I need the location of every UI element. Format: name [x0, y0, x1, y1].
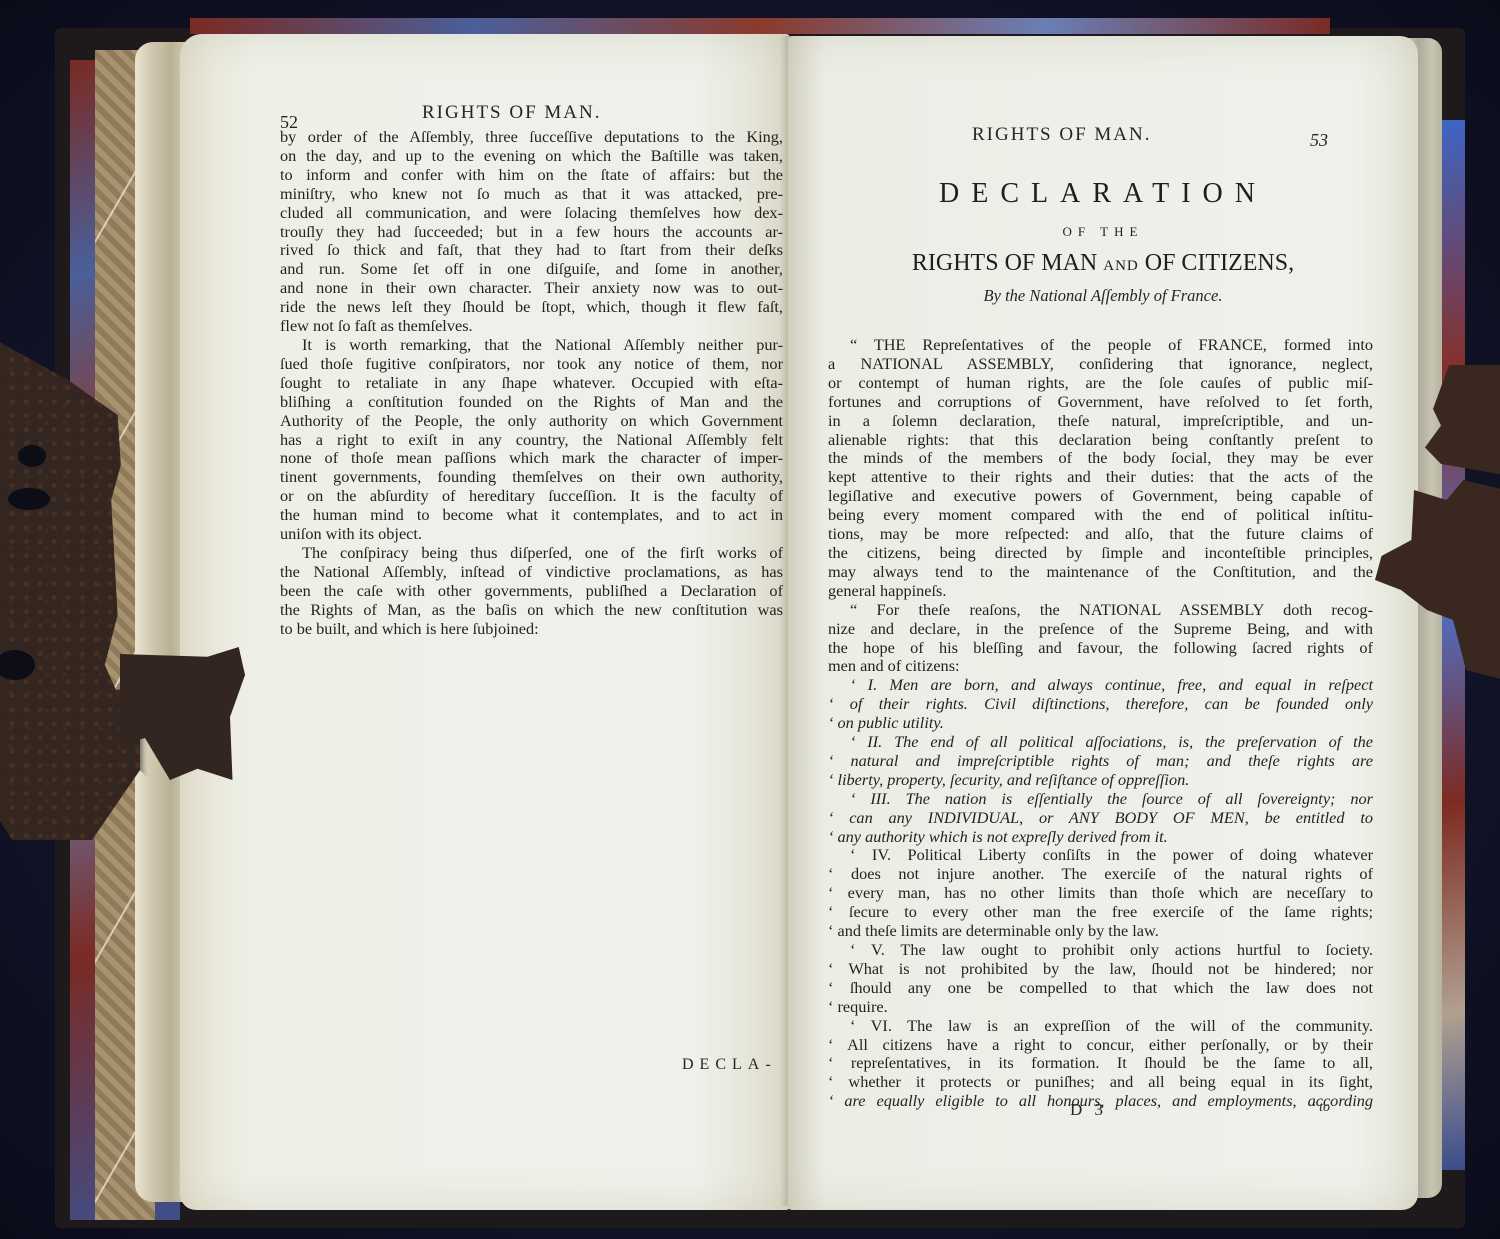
text-line: ‘ III. The nation is eſſentially the ſou…: [828, 790, 1373, 809]
text-line: in a ſolemn declaration, theſe natural, …: [828, 412, 1373, 431]
text-line: ‘ every man, has no other limits than th…: [828, 884, 1373, 903]
catchword-right: ‘ to: [1311, 1100, 1330, 1116]
text-line: trouſly they had ſucceeded; but in a few…: [280, 223, 783, 242]
text-line: fortunes and corruptions of Government, …: [828, 393, 1373, 412]
text-line: been the caſe with other governments, pu…: [280, 582, 783, 601]
article-1: ‘ I. Men are born, and always continue, …: [828, 676, 1373, 733]
text-line: rived ſo thick and faſt, that they had t…: [280, 241, 783, 260]
title-rights-of-man: RIGHTS OF MAN AND OF CITIZENS,: [788, 250, 1418, 277]
text-line: and none in their own character. Their a…: [280, 279, 783, 298]
text-line: ‘ All citizens have a right to concur, e…: [828, 1036, 1373, 1055]
text-line: ‘ natural and impreſcriptible rights of …: [828, 752, 1373, 771]
text-line: ‘ repreſentatives, in its formation. It …: [828, 1054, 1373, 1073]
text-line: ‘ IV. Political Liberty conſiſts in the …: [828, 846, 1373, 865]
text-line: tinent governments, founding themſelves …: [280, 468, 783, 487]
text-line: ‘ II. The end of all political aſſociati…: [828, 733, 1373, 752]
article-2: ‘ II. The end of all political aſſociati…: [828, 733, 1373, 790]
text-line: ‘ ſecure to every other man the free exe…: [828, 903, 1373, 922]
text-line: or on the abſurdity of hereditary ſucceſ…: [280, 487, 783, 506]
text-line: being every moment compared with the end…: [828, 506, 1373, 525]
text-line: a NATIONAL ASSEMBLY, conſidering that ig…: [828, 355, 1373, 374]
holder-hole: [0, 650, 35, 680]
text-line: ‘ on public utility.: [828, 714, 1373, 733]
text-line: the citizens, being directed by ſimple a…: [828, 544, 1373, 563]
text-line: flew not ſo faſt as themſelves.: [280, 317, 783, 336]
text-line: the Rights of Man, as the baſis on which…: [280, 601, 783, 620]
running-head-right: RIGHTS OF MAN.: [972, 124, 1152, 146]
title-part: AND: [1103, 258, 1139, 274]
text-line: ‘ I. Men are born, and always continue, …: [828, 676, 1373, 695]
title-byline: By the National Aſſembly of France.: [788, 286, 1418, 306]
text-line: ‘ any authority which is not expreſly de…: [828, 828, 1373, 847]
text-line: “ For theſe reaſons, the NATIONAL ASSEMB…: [828, 601, 1373, 620]
text-line: ‘ liberty, property, ſecurity, and reſiſ…: [828, 771, 1373, 790]
text-line: ſought to retaliate in any ſhape whateve…: [280, 374, 783, 393]
text-line: ‘ and theſe limits are determinable only…: [828, 922, 1373, 941]
text-line: nize and declare, in the preſence of the…: [828, 620, 1373, 639]
text-line: bliſhing a conſtitution founded on the R…: [280, 393, 783, 412]
title-part: OF CITIZENS,: [1145, 250, 1294, 276]
text-line: on the day, and up to the evening on whi…: [280, 147, 783, 166]
text-line: kept attentive to their rights and their…: [828, 468, 1373, 487]
paragraph: It is worth remarking, that the National…: [280, 336, 783, 544]
text-line: may always tend to the maintenance of th…: [828, 563, 1373, 582]
text-line: ſued thoſe fugitive conſpirators, nor to…: [280, 355, 783, 374]
marbled-edge-top: [190, 18, 1330, 34]
title-declaration: DECLARATION: [788, 178, 1418, 210]
text-line: to be built, and which is here ſubjoined…: [280, 620, 783, 639]
text-line: general happineſs.: [828, 582, 1373, 601]
text-line: the hope of his bleſſing and favour, the…: [828, 639, 1373, 658]
text-line: none of thoſe mean paſſions which mark t…: [280, 449, 783, 468]
page-number-right: 53: [1310, 130, 1328, 151]
text-line: uniſon with its object.: [280, 525, 783, 544]
left-page-body: by order of the Aſſembly, three ſucceſſi…: [280, 128, 783, 638]
paragraph: The conſpiracy being thus diſperſed, one…: [280, 544, 783, 639]
preamble-paragraph: “ THE Repreſentatives of the people of F…: [828, 336, 1373, 601]
title-of-the: OF THE: [788, 224, 1418, 240]
text-line: alienable rights: that this declaration …: [828, 431, 1373, 450]
holder-hole: [8, 488, 50, 510]
title-part: RIGHTS OF MAN: [912, 250, 1097, 276]
text-line: ‘ of their rights. Civil diſtinctions, t…: [828, 695, 1373, 714]
running-head-left: RIGHTS OF MAN.: [422, 102, 602, 124]
text-line: ‘ V. The law ought to prohibit only acti…: [828, 941, 1373, 960]
text-line: by order of the Aſſembly, three ſucceſſi…: [280, 128, 783, 147]
article-6: ‘ VI. The law is an expreſſion of the wi…: [828, 1017, 1373, 1112]
text-line: tions, may be more reſpected: and alſo, …: [828, 525, 1373, 544]
text-line: The conſpiracy being thus diſperſed, one…: [280, 544, 783, 563]
text-line: to inform and confer with him on the ſta…: [280, 166, 783, 185]
text-line: the National Aſſembly, inſtead of vindic…: [280, 563, 783, 582]
text-line: ‘ whether it protects or puniſhes; and a…: [828, 1073, 1373, 1092]
text-line: ride the news leſt they ſhould be ſtopt,…: [280, 298, 783, 317]
text-line: has a right to exiſt in any country, the…: [280, 431, 783, 450]
article-3: ‘ III. The nation is eſſentially the ſou…: [828, 790, 1373, 847]
left-page: 52 RIGHTS OF MAN. by order of the Aſſemb…: [180, 34, 790, 1210]
text-line: ‘ can any INDIVIDUAL, or ANY BODY OF MEN…: [828, 809, 1373, 828]
right-page: RIGHTS OF MAN. 53 DECLARATION OF THE RIG…: [788, 36, 1418, 1210]
paragraph: by order of the Aſſembly, three ſucceſſi…: [280, 128, 783, 336]
right-page-body: “ THE Repreſentatives of the people of F…: [828, 336, 1373, 1111]
text-line: ‘ What is not prohibited by the law, ſho…: [828, 960, 1373, 979]
text-line: ‘ does not injure another. The exerciſe …: [828, 865, 1373, 884]
text-line: men and of citizens:: [828, 657, 1373, 676]
text-line: cluded all communication, and were ſolac…: [280, 204, 783, 223]
text-line: “ THE Repreſentatives of the people of F…: [828, 336, 1373, 355]
text-line: legiſlative and executive powers of Gove…: [828, 487, 1373, 506]
text-line: Authority of the People, the only author…: [280, 412, 783, 431]
article-4: ‘ IV. Political Liberty conſiſts in the …: [828, 846, 1373, 941]
text-line: ‘ ſhould any one be compelled to that wh…: [828, 979, 1373, 998]
text-line: ‘ require.: [828, 998, 1373, 1017]
text-line: It is worth remarking, that the National…: [280, 336, 783, 355]
text-line: or contempt of human rights, are the ſol…: [828, 374, 1373, 393]
text-line: the human mind to become what it contemp…: [280, 506, 783, 525]
reasons-paragraph: “ For theſe reaſons, the NATIONAL ASSEMB…: [828, 601, 1373, 677]
text-line: miniſtry, who knew not ſo much as that i…: [280, 185, 783, 204]
text-line: ‘ VI. The law is an expreſſion of the wi…: [828, 1017, 1373, 1036]
text-line: the minds of the members of the body ſoc…: [828, 449, 1373, 468]
article-5: ‘ V. The law ought to prohibit only acti…: [828, 941, 1373, 1017]
text-line: and run. Some ſet off in one diſguiſe, a…: [280, 260, 783, 279]
signature-mark: D 3: [1070, 1100, 1107, 1120]
catchword-left: DECLA-: [682, 1056, 777, 1074]
holder-hole: [18, 445, 46, 467]
